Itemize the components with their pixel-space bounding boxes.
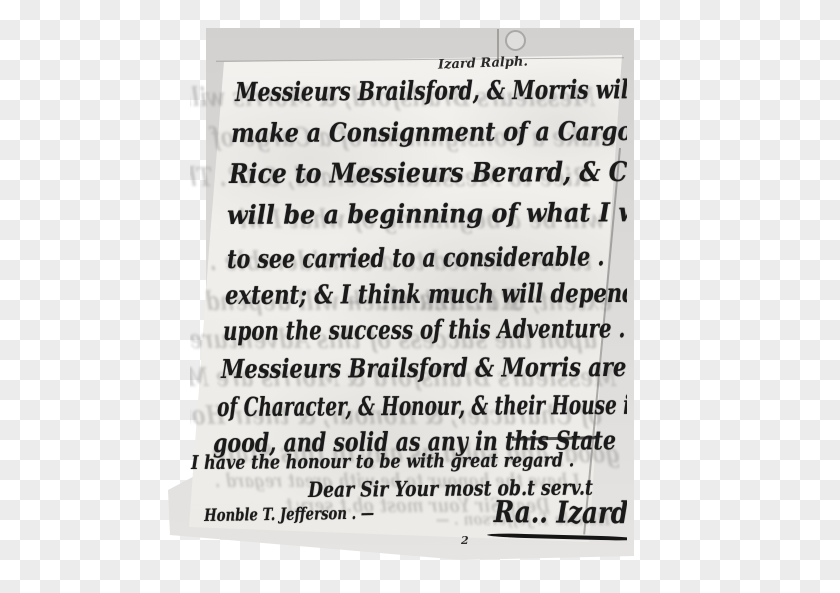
letter-line: Rice to Messieurs Berard, & C°. Th xyxy=(229,157,627,190)
letter-line: of Character, & Honour, & their House is… xyxy=(217,391,627,423)
letter-line: to see carried to a considerable . xyxy=(227,242,605,275)
letter-line: Honble T. Jefferson . — xyxy=(204,504,374,526)
letter-line: extent; & I think much will depend xyxy=(225,279,627,311)
letter-text-layer: Izard Ralph. 2 Messieurs Brailsford, & M… xyxy=(0,0,627,593)
signature-underline xyxy=(487,533,627,541)
letter-line: make a Consignment of a Cargo of xyxy=(231,117,627,149)
letter-line: Messieurs Brailsford & Morris are Men xyxy=(221,353,627,385)
letter-line: upon the success of this Adventure . xyxy=(223,314,625,347)
letter-scan-view: Messieurs Brailsford, & Morris willmake … xyxy=(0,0,840,593)
archival-annotation: Izard Ralph. xyxy=(438,54,528,72)
letter-line: Messieurs Brailsford, & Morris will xyxy=(235,75,627,108)
letter-line: will be a beginning of what I wi xyxy=(227,198,627,231)
letter-line: I have the honour to be with great regar… xyxy=(191,449,574,474)
page-number-mark: 2 xyxy=(461,534,469,547)
letter-line: Ra.. Izard. — xyxy=(494,495,627,532)
